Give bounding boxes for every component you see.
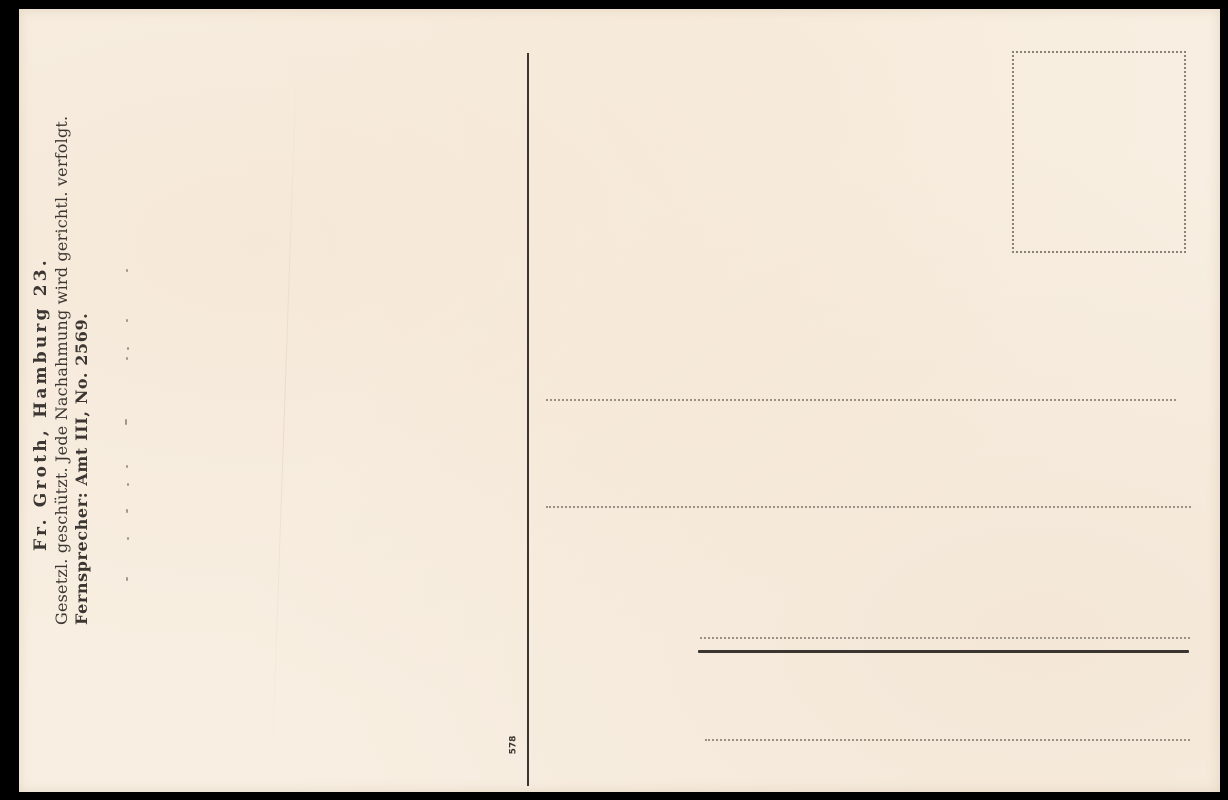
stamp-box: [1012, 51, 1186, 253]
publisher-legal-notice: Gesetzl. geschützt. Jede Nachahmung wird…: [54, 127, 74, 625]
address-line-4: [705, 739, 1190, 741]
paper-crease: [271, 39, 298, 779]
publisher-name: Fr. Groth, Hamburg 23.: [33, 127, 54, 551]
postcard-back: Fr. Groth, Hamburg 23. Gesetzl. geschütz…: [19, 9, 1220, 792]
ink-specks: [123, 269, 131, 589]
address-line-1: [546, 399, 1176, 401]
publisher-phone: Fernsprecher: Amt III, No. 2569.: [74, 127, 94, 625]
address-line-2: [546, 506, 1191, 508]
address-line-3: [700, 637, 1190, 639]
card-number: 578: [508, 736, 518, 755]
message-address-divider: [527, 53, 529, 786]
address-line-underline: [698, 650, 1189, 653]
publisher-imprint: Fr. Groth, Hamburg 23. Gesetzl. geschütz…: [33, 127, 101, 627]
